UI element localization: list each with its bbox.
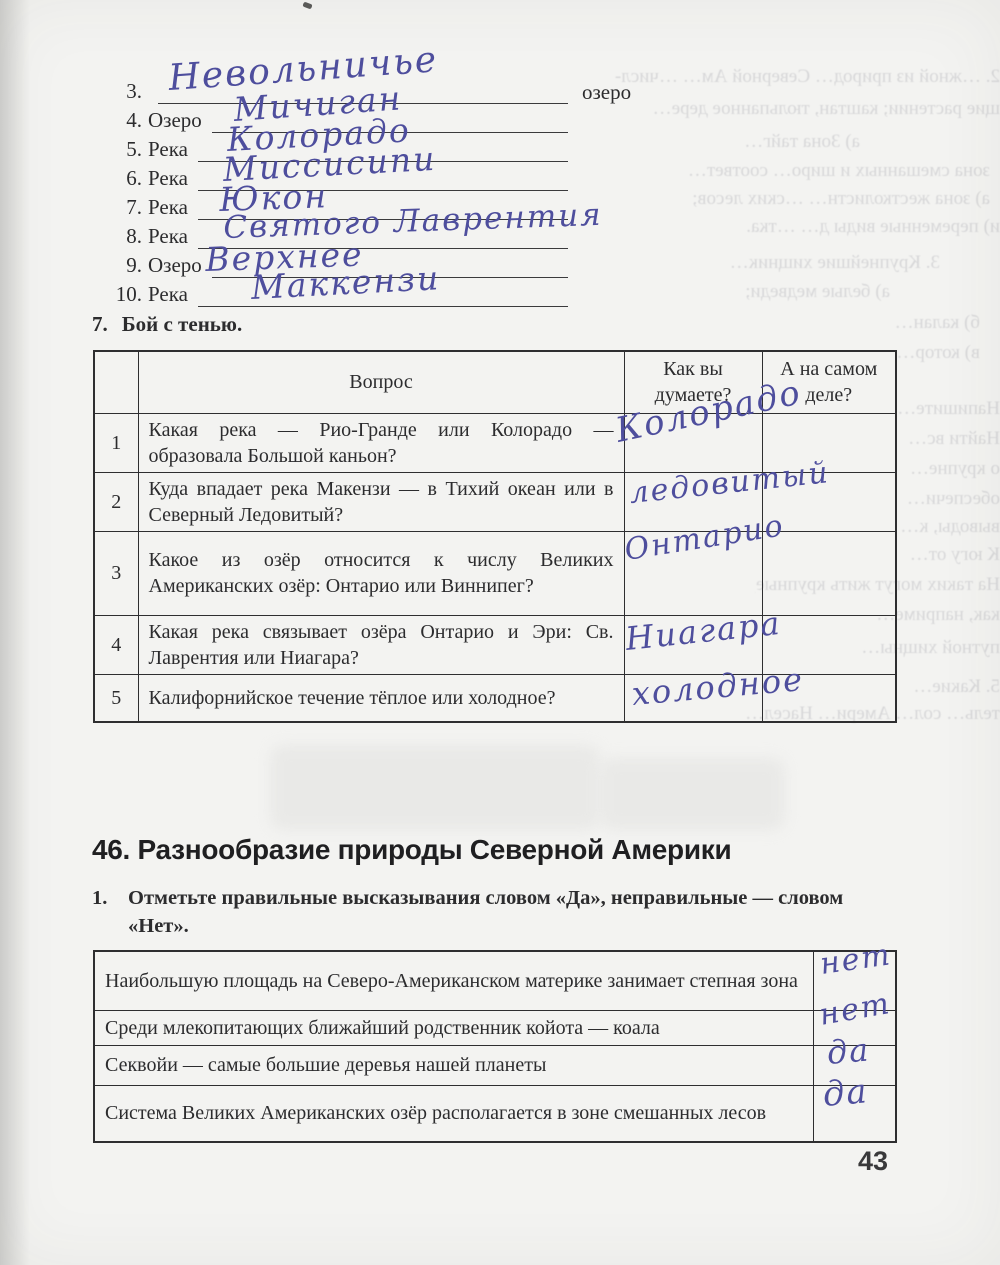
item-number: 8. <box>104 224 148 249</box>
row-number: 1 <box>94 413 138 472</box>
page-number: 43 <box>858 1146 888 1177</box>
statement-cell: Среди млекопитающих ближайший родственни… <box>94 1010 813 1045</box>
row-number: 3 <box>94 531 138 615</box>
ghost-line: 3. Крупнейшие хищник… <box>640 252 940 274</box>
item-label: Озеро <box>148 108 212 133</box>
item-label: Река <box>148 166 198 191</box>
item-label: Река <box>148 224 198 249</box>
handwritten-answer: да <box>821 1078 869 1108</box>
workbook-page: 2. …жной из природ… Северной Ам… …числ- … <box>0 0 1000 1265</box>
item-number: 7. <box>104 195 148 220</box>
item-number: 9. <box>104 253 148 278</box>
ghost-line: б) калан… <box>870 312 980 334</box>
item-label: Река <box>148 282 198 307</box>
item-number: 3. <box>104 79 148 104</box>
item-number: 4. <box>104 108 148 133</box>
think-cell: Онтарио <box>624 531 762 615</box>
ghost-line: выводы, к… <box>885 516 1000 538</box>
table-row: 3 Какое из озёр относится к числу Велики… <box>94 531 896 615</box>
section7-number: 7. <box>92 312 108 336</box>
section7-title: Бой с тенью. <box>122 312 242 336</box>
ghost-line: и) переменные виды д… …тка. <box>640 216 1000 238</box>
table-row: Наибольшую площадь на Северо-Американско… <box>94 951 896 1010</box>
ghost-line: 2. …жной из природ… Северной Ам… …числ- <box>615 66 1000 88</box>
item-number: 6. <box>104 166 148 191</box>
ghost-line: а) белые медведи; <box>670 281 890 303</box>
answer-cell: да <box>813 1085 896 1142</box>
yes-no-table: Наибольшую площадь на Северо-Американско… <box>93 950 897 1143</box>
item-number: 5. <box>104 137 148 162</box>
ghost-line: о крупне… <box>885 458 1000 480</box>
question-cell: Куда впадает река Макензи — в Тихий океа… <box>138 472 624 531</box>
think-cell: холодное <box>624 674 762 722</box>
header-question: Вопрос <box>138 351 624 413</box>
handwritten-answer: нет <box>817 990 892 1028</box>
table-row: Среди млекопитающих ближайший родственни… <box>94 1010 896 1045</box>
row-number: 5 <box>94 674 138 722</box>
section7-heading: 7.Бой с тенью. <box>92 312 242 337</box>
handwritten-answer: нет <box>818 942 893 978</box>
item-number: 10. <box>104 282 148 307</box>
statement-cell: Секвойи — самые большие деревья нашей пл… <box>94 1045 813 1085</box>
ghost-line: а) зона жестколистн… …ских лесов; <box>650 188 990 210</box>
header-empty <box>94 351 138 413</box>
question-cell: Калифорнийское течение тёплое или холодн… <box>138 674 624 722</box>
item-label: Река <box>148 137 198 162</box>
statement-cell: Наибольшую площадь на Северо-Американско… <box>94 951 813 1010</box>
scan-speck <box>302 2 312 10</box>
exercise1-number: 1. <box>92 884 107 912</box>
ghost-line: 5. Какие… <box>885 676 1000 698</box>
spine-shadow <box>0 0 30 1265</box>
item-suffix: озеро <box>582 80 631 105</box>
ghost-blob <box>270 745 600 830</box>
item-label: Река <box>148 195 198 220</box>
ghost-line: К югу от… <box>885 544 1000 566</box>
statement-cell: Система Великих Американских озёр распол… <box>94 1085 813 1142</box>
question-cell: Какое из озёр относится к числу Великих … <box>138 531 624 615</box>
table-row: Система Великих Американских озёр распол… <box>94 1085 896 1142</box>
ghost-line: Найти вс… <box>885 428 1000 450</box>
row-number: 4 <box>94 615 138 674</box>
exercise1-text: Отметьте правильные высказывания словом … <box>128 884 878 940</box>
ghost-line: а) Зона тайг… <box>660 131 860 153</box>
item-label: Озеро <box>148 253 212 278</box>
actual-cell <box>762 531 896 615</box>
question-cell: Какая река — Рио-Гранде или Колорадо — о… <box>138 413 624 472</box>
exercise1-heading: 1. Отметьте правильные высказывания слов… <box>92 884 878 940</box>
ghost-line: зона смешанных и широ… соответ… <box>660 160 990 182</box>
ghost-line: щие растении; каштан, тюльпанное дере… <box>630 98 1000 120</box>
ghost-blob <box>600 758 785 830</box>
handwritten-answer: Ниагара <box>624 609 782 651</box>
quiz-table: Вопрос Как вы думаете? А на самом деле? … <box>93 350 897 723</box>
ghost-line: обеспечи… <box>885 488 1000 510</box>
handwritten-answer: да <box>825 1036 870 1066</box>
table-row: 5 Калифорнийское течение тёплое или холо… <box>94 674 896 722</box>
question-cell: Какая река связывает озёра Онтарио и Эри… <box>138 615 624 674</box>
ghost-line: Напишите… <box>885 398 1000 420</box>
section46-title: 46. Разнообразие природы Северной Америк… <box>92 834 731 866</box>
row-number: 2 <box>94 472 138 531</box>
table-row: Секвойи — самые большие деревья нашей пл… <box>94 1045 896 1085</box>
